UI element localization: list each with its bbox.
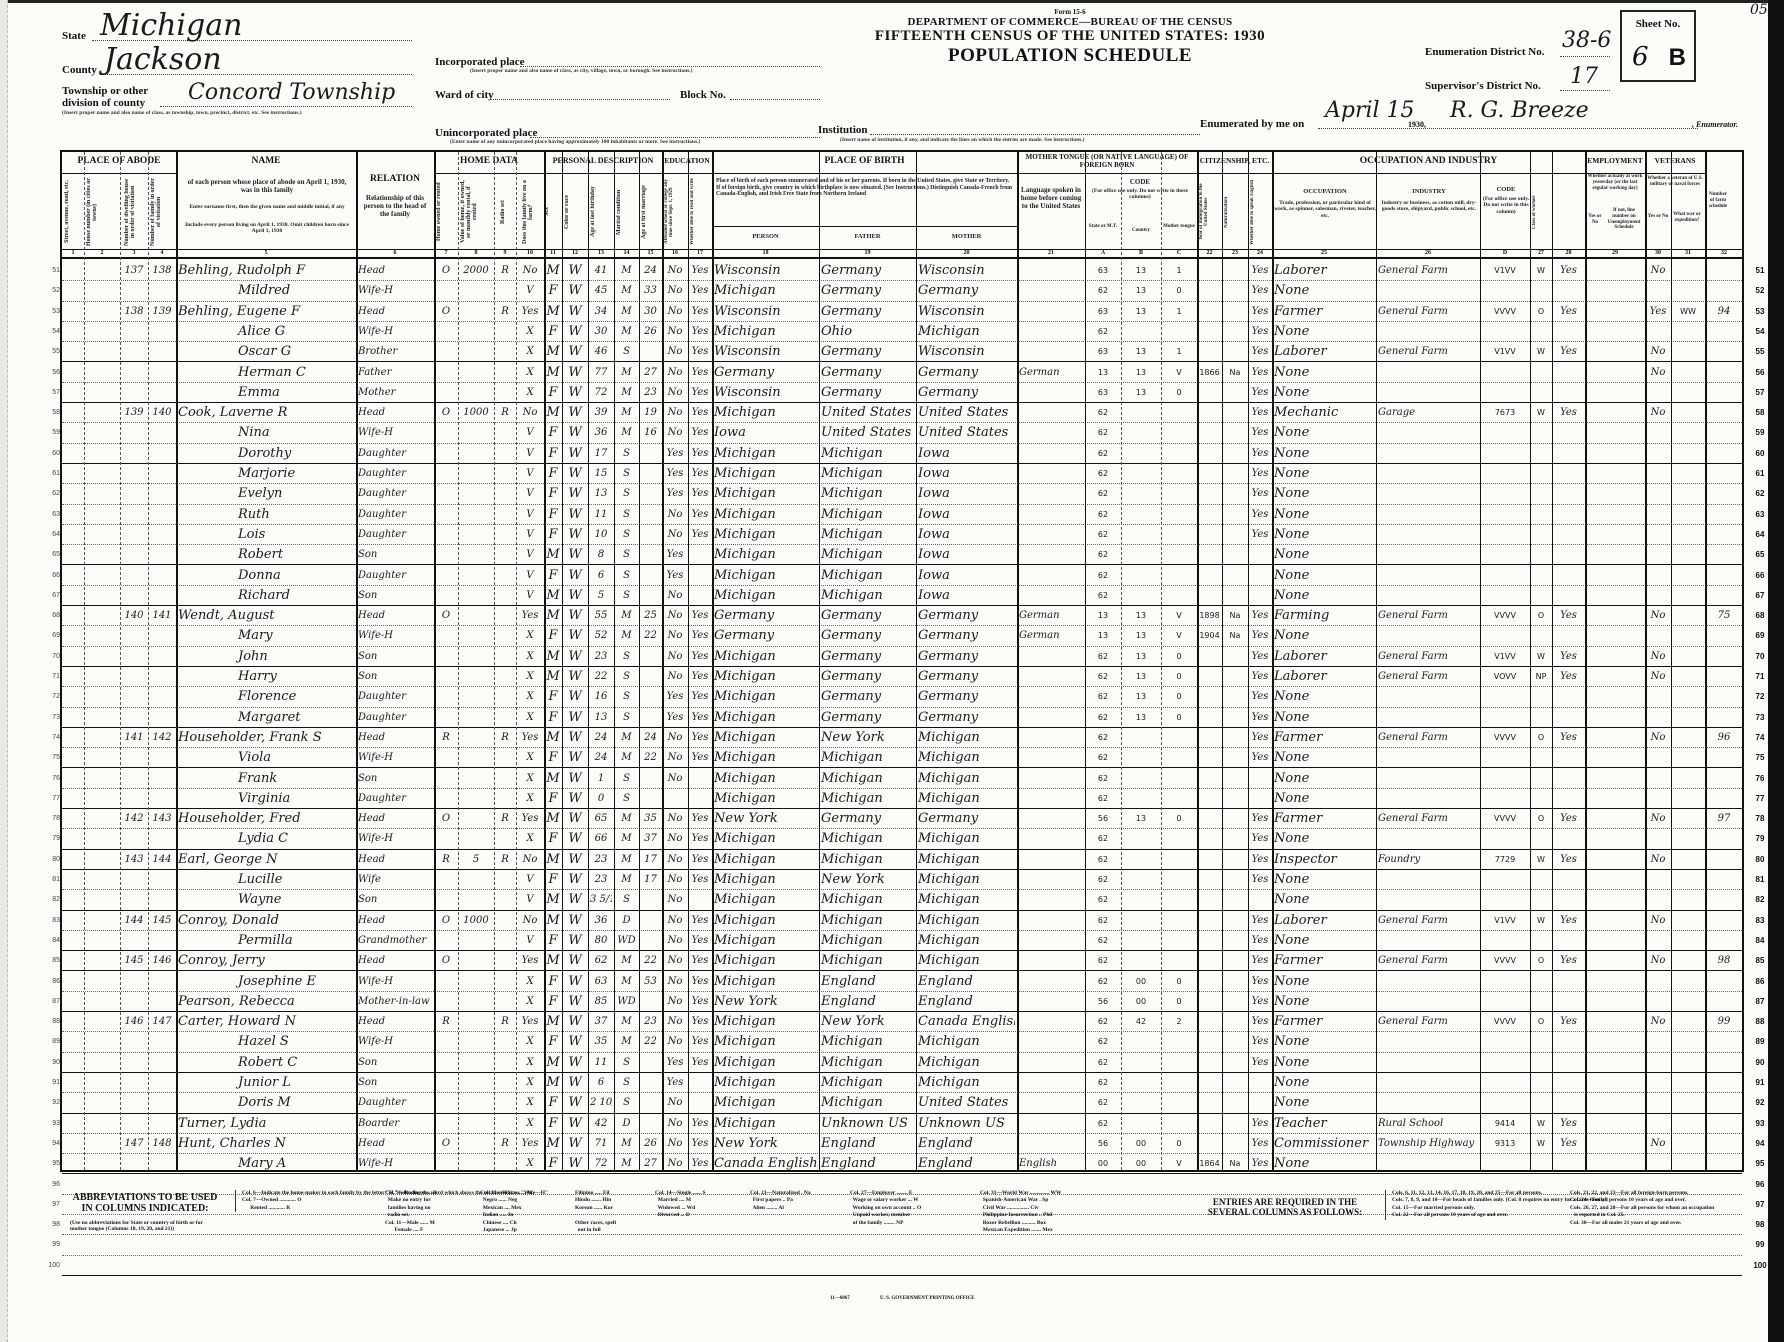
cell-code-c <box>1163 931 1195 950</box>
cell-natur <box>1224 1093 1246 1112</box>
cell-at-work: Yes <box>1554 1114 1583 1133</box>
cell-unemp-line <box>1587 728 1643 747</box>
cell-name: Viola <box>178 748 354 767</box>
cell-unemp-line <box>1587 850 1643 869</box>
cell-color: W <box>564 829 586 848</box>
relation-description: Relationship of this person to the head … <box>359 194 431 218</box>
cell-ind-code: V1VV <box>1482 911 1528 930</box>
table-row: NinaWife-HVFW36M16NoYesIowaUnited States… <box>62 423 1742 443</box>
cell-natur <box>1224 464 1246 483</box>
cell-immig <box>1199 748 1220 767</box>
cell-code-c <box>1163 464 1195 483</box>
cell-mother: Germany <box>918 383 1015 402</box>
cell-mother: Iowa <box>918 484 1015 503</box>
cell-ind-code <box>1482 566 1528 585</box>
cell-value <box>460 972 492 991</box>
cell-owned <box>436 708 456 727</box>
cell-relation: Head <box>358 606 432 625</box>
cell-code-c <box>1163 403 1195 422</box>
cell-house <box>86 728 118 747</box>
cell-age-marriage: 22 <box>641 748 660 767</box>
cell-natur <box>1224 545 1246 564</box>
cell-industry: General Farm <box>1378 809 1478 828</box>
line-number-left: 82 <box>44 890 60 910</box>
cell-name: Behling, Rudolph F <box>178 261 354 280</box>
cell-name: Robert C <box>178 1053 354 1072</box>
cell-name: Hazel S <box>178 1032 354 1051</box>
cell-unemp-line <box>1587 525 1643 544</box>
cell-at-work: Yes <box>1554 606 1583 625</box>
cell-at-work <box>1554 545 1583 564</box>
cell-mother: Iowa <box>918 545 1015 564</box>
cell-birth: Michigan <box>714 748 817 767</box>
cell-farm: X <box>518 1032 542 1051</box>
unincorporated-label: Unincorporated place <box>435 127 537 139</box>
cell-name: Josephine E <box>178 972 354 991</box>
cell-ind-code <box>1482 687 1528 706</box>
cell-mother: Michigan <box>918 789 1015 808</box>
cell-relation: Wife-H <box>358 972 432 991</box>
cell-farm-sched <box>1707 261 1741 280</box>
cell-mother: Iowa <box>918 464 1015 483</box>
cell-at-work: Yes <box>1554 302 1583 321</box>
line-number-left: 52 <box>44 281 60 301</box>
printer: U. S. GOVERNMENT PRINTING OFFICE <box>880 1296 975 1301</box>
table-row: 147148Hunt, Charles NHeadORYesMW71M26NoY… <box>62 1134 1742 1154</box>
table-row: PermillaGrandmotherVFW80WDNoYesMichiganM… <box>62 931 1742 951</box>
table-row: HarrySonXMW22SNoYesMichiganGermanyGerman… <box>62 667 1742 687</box>
cell-marital: S <box>616 1053 637 1072</box>
cell-father: Germany <box>821 708 914 727</box>
cell-english: Yes <box>1250 1134 1270 1153</box>
cell-ind-code <box>1482 484 1528 503</box>
cell-class <box>1532 566 1550 585</box>
cell-school: No <box>664 850 686 869</box>
cell-immig <box>1199 403 1220 422</box>
cell-relation: Father <box>358 363 432 382</box>
cell-english: Yes <box>1250 951 1270 970</box>
cell-relation: Son <box>358 586 432 605</box>
cell-code-a: 62 <box>1087 748 1119 767</box>
cell-farm: Yes <box>518 1134 542 1153</box>
cell-house <box>86 850 118 869</box>
cell-language <box>1019 769 1083 788</box>
cell-age: 41 <box>590 261 612 280</box>
cell-english: Yes <box>1250 1053 1270 1072</box>
column-divider <box>639 152 640 1170</box>
cell-name: Hunt, Charles N <box>178 1134 354 1153</box>
cell-code-b <box>1123 1053 1159 1072</box>
cell-name: Lois <box>178 525 354 544</box>
cell-age: 17 <box>590 444 612 463</box>
cell-class <box>1532 423 1550 442</box>
cell-color: W <box>564 1114 586 1133</box>
cell-owned <box>436 342 456 361</box>
cell-sex: F <box>546 626 560 645</box>
cell-value <box>460 1032 492 1051</box>
cell-at-work <box>1554 992 1583 1011</box>
cell-sex: M <box>546 606 560 625</box>
cell-value <box>460 931 492 950</box>
cell-at-work <box>1554 464 1583 483</box>
cell-color: W <box>564 383 586 402</box>
cell-birth: New York <box>714 992 817 1011</box>
line-number-left: 93 <box>44 1114 60 1134</box>
cell-father: Germany <box>821 606 914 625</box>
cell-marital: M <box>616 261 637 280</box>
cell-ind-code <box>1482 931 1528 950</box>
cell-dwelling <box>122 829 146 848</box>
cell-age-marriage <box>641 647 660 666</box>
cell-age: 13 <box>590 708 612 727</box>
cell-value <box>460 606 492 625</box>
cell-family <box>150 444 174 463</box>
vh-farm: Does this family live on a farm? <box>522 178 542 246</box>
cell-farm: No <box>518 850 542 869</box>
cell-school: No <box>664 1012 686 1031</box>
cell-house <box>86 809 118 828</box>
cell-class <box>1532 444 1550 463</box>
cell-occupation: None <box>1274 687 1374 706</box>
cell-house <box>86 829 118 848</box>
cell-occupation: Mechanic <box>1274 403 1374 422</box>
cell-occupation: None <box>1274 626 1374 645</box>
line-number-left: 54 <box>44 322 60 342</box>
cell-value <box>460 687 492 706</box>
cell-ind-code <box>1482 748 1528 767</box>
cell-read: Yes <box>690 606 710 625</box>
column-divider <box>588 152 589 1170</box>
cell-english <box>1250 769 1270 788</box>
cell-unemp-line <box>1587 687 1643 706</box>
cell-immig <box>1199 281 1220 300</box>
cell-age: 62 <box>590 951 612 970</box>
cell-age: 42 <box>590 1114 612 1133</box>
cell-marital: M <box>616 322 637 341</box>
cell-father: United States <box>821 403 914 422</box>
cell-birth: Wisconsin <box>714 302 817 321</box>
column-number: 26 <box>1376 250 1480 256</box>
cell-language <box>1019 972 1083 991</box>
cell-dwelling <box>122 1093 146 1112</box>
cell-age-marriage <box>641 444 660 463</box>
enumerated-date: April 15 <box>1325 98 1415 123</box>
cell-street <box>64 1012 82 1031</box>
cell-color: W <box>564 1093 586 1112</box>
cell-natur <box>1224 789 1246 808</box>
cell-family <box>150 586 174 605</box>
cell-dwelling: 147 <box>122 1134 146 1153</box>
column-divider <box>148 152 149 1170</box>
cell-unemp-line <box>1587 444 1643 463</box>
cell-farm: X <box>518 829 542 848</box>
cell-read: Yes <box>690 525 710 544</box>
cell-birth: Michigan <box>714 728 817 747</box>
cell-family <box>150 992 174 1011</box>
cell-marital: M <box>616 809 637 828</box>
cell-age: 52 <box>590 626 612 645</box>
cell-unemp-line <box>1587 403 1643 422</box>
line-number-left: 91 <box>44 1073 60 1093</box>
cell-ind-code <box>1482 586 1528 605</box>
cell-language <box>1019 383 1083 402</box>
cell-veteran <box>1647 505 1669 524</box>
cell-english: Yes <box>1250 363 1270 382</box>
incorporated-note: (Insert proper name and also name of cla… <box>470 68 693 74</box>
cell-ind-code: VVVV <box>1482 606 1528 625</box>
cell-age: 1 <box>590 769 612 788</box>
vh-value: Value of home, if owned, or monthly rent… <box>460 178 490 246</box>
cell-street <box>64 302 82 321</box>
cell-occupation: None <box>1274 972 1374 991</box>
column-number: C <box>1161 250 1197 256</box>
cell-age-marriage: 37 <box>641 829 660 848</box>
table-row: Hazel SWife-HXFW35M22NoYesMichiganMichig… <box>62 1032 1742 1052</box>
cell-class <box>1532 789 1550 808</box>
cell-code-c <box>1163 586 1195 605</box>
cell-war <box>1673 403 1703 422</box>
cell-street <box>64 1114 82 1133</box>
cell-family <box>150 1073 174 1092</box>
cell-natur <box>1224 586 1246 605</box>
cell-farm: V <box>518 464 542 483</box>
cell-industry <box>1378 829 1478 848</box>
line-number-left: 71 <box>44 667 60 687</box>
cell-mother: England <box>918 992 1015 1011</box>
cell-relation: Daughter <box>358 525 432 544</box>
cell-code-b: 13 <box>1123 667 1159 686</box>
cell-house <box>86 789 118 808</box>
cell-father: New York <box>821 870 914 889</box>
cell-class <box>1532 1073 1550 1092</box>
cell-language <box>1019 667 1083 686</box>
cell-owned <box>436 687 456 706</box>
cell-language <box>1019 687 1083 706</box>
cell-code-b: 42 <box>1123 1012 1159 1031</box>
column-divider <box>1376 152 1377 1170</box>
table-row: DonnaDaughterVFW6SYesMichiganMichiganIow… <box>62 566 1742 586</box>
cell-veteran: No <box>1647 809 1669 828</box>
cell-street <box>64 992 82 1011</box>
cell-street <box>64 728 82 747</box>
cell-radio <box>496 992 514 1011</box>
cell-relation: Daughter <box>358 444 432 463</box>
cell-birth: Michigan <box>714 566 817 585</box>
cell-ind-code <box>1482 423 1528 442</box>
cell-farm-sched <box>1707 626 1741 645</box>
cell-class <box>1532 890 1550 909</box>
cell-read: Yes <box>690 870 710 889</box>
incorporated-label: Incorporated place <box>435 56 525 68</box>
cell-at-work <box>1554 423 1583 442</box>
cell-unemp-line <box>1587 789 1643 808</box>
cell-name: Herman C <box>178 363 354 382</box>
line-number: 54 <box>1748 322 1772 342</box>
cell-owned <box>436 525 456 544</box>
cell-color: W <box>564 1154 586 1173</box>
line-number-left: 56 <box>44 363 60 383</box>
cell-value <box>460 890 492 909</box>
cell-code-b: 13 <box>1123 606 1159 625</box>
cell-farm-sched <box>1707 931 1741 950</box>
cell-color: W <box>564 403 586 422</box>
cell-name: Evelyn <box>178 484 354 503</box>
column-divider <box>1222 152 1223 1170</box>
cell-war <box>1673 931 1703 950</box>
cell-name: Conroy, Jerry <box>178 951 354 970</box>
cell-radio <box>496 464 514 483</box>
cell-read: Yes <box>690 1032 710 1051</box>
cell-english: Yes <box>1250 342 1270 361</box>
column-divider <box>516 152 517 1170</box>
township-label: Township or other division of county <box>62 86 162 109</box>
cell-family <box>150 423 174 442</box>
cell-house <box>86 484 118 503</box>
cell-farm-sched: 98 <box>1707 951 1741 970</box>
line-number: 64 <box>1748 525 1772 545</box>
cell-code-a: 62 <box>1087 931 1119 950</box>
cell-owned: O <box>436 261 456 280</box>
cell-owned <box>436 1073 456 1092</box>
column-divider <box>1121 152 1122 1170</box>
cell-owned: R <box>436 728 456 747</box>
cell-birth: Michigan <box>714 403 817 422</box>
cell-immig <box>1199 870 1220 889</box>
cell-dwelling <box>122 586 146 605</box>
cell-age: 3 5/12 <box>590 890 612 909</box>
cell-farm: V <box>518 931 542 950</box>
cell-family: 138 <box>150 261 174 280</box>
cell-occupation: Inspector <box>1274 850 1374 869</box>
cell-industry <box>1378 505 1478 524</box>
cell-code-b: 13 <box>1123 626 1159 645</box>
cell-birth: Michigan <box>714 525 817 544</box>
cell-marital: M <box>616 383 637 402</box>
cell-occupation: Farmer <box>1274 1012 1374 1031</box>
cell-unemp-line <box>1587 708 1643 727</box>
cell-industry <box>1378 484 1478 503</box>
cell-war <box>1673 890 1703 909</box>
cell-owned <box>436 769 456 788</box>
cell-mother: Michigan <box>918 748 1015 767</box>
cell-code-a: 62 <box>1087 829 1119 848</box>
cell-natur <box>1224 444 1246 463</box>
cell-unemp-line <box>1587 464 1643 483</box>
cell-owned: O <box>436 606 456 625</box>
cell-sex: M <box>546 667 560 686</box>
cell-school: Yes <box>664 1073 686 1092</box>
cell-farm-sched <box>1707 464 1741 483</box>
cell-dwelling <box>122 525 146 544</box>
cell-industry: Rural School <box>1378 1114 1478 1133</box>
cell-age: 6 <box>590 1073 612 1092</box>
cell-owned <box>436 566 456 585</box>
cell-immig <box>1199 505 1220 524</box>
column-number-row: 123456789101112131415161718192021ABC2223… <box>62 249 1742 259</box>
cell-age-marriage <box>641 1114 660 1133</box>
cell-code-c <box>1163 911 1195 930</box>
cell-read: Yes <box>690 261 710 280</box>
cell-relation: Wife-H <box>358 748 432 767</box>
table-row: Lydia CWife-HXFW66M37NoYesMichiganMichig… <box>62 829 1742 849</box>
cell-code-a: 62 <box>1087 525 1119 544</box>
cell-owned <box>436 992 456 1011</box>
cell-family <box>150 789 174 808</box>
cell-natur <box>1224 728 1246 747</box>
cell-sex: F <box>546 1114 560 1133</box>
cell-farm: X <box>518 363 542 382</box>
cell-school: No <box>664 1093 686 1112</box>
cell-value <box>460 789 492 808</box>
cell-english: Yes <box>1250 931 1270 950</box>
cell-house <box>86 1154 118 1173</box>
cell-occupation: None <box>1274 281 1374 300</box>
column-divider <box>819 152 820 1170</box>
line-number: 57 <box>1748 383 1772 403</box>
cell-color: W <box>564 769 586 788</box>
cell-father: Germany <box>821 302 914 321</box>
cell-natur <box>1224 403 1246 422</box>
cell-value <box>460 809 492 828</box>
cell-language <box>1019 829 1083 848</box>
cell-industry: General Farm <box>1378 667 1478 686</box>
cell-occupation: None <box>1274 931 1374 950</box>
cell-immig <box>1199 484 1220 503</box>
line-number: 95 <box>1748 1154 1772 1174</box>
cell-street <box>64 363 82 382</box>
cell-code-b: 13 <box>1123 383 1159 402</box>
cell-class <box>1532 545 1550 564</box>
cell-sex: M <box>546 363 560 382</box>
cell-color: W <box>564 566 586 585</box>
cell-sex: M <box>546 850 560 869</box>
cell-at-work: Yes <box>1554 403 1583 422</box>
cell-code-b: 13 <box>1123 647 1159 666</box>
cell-name: Turner, Lydia <box>178 1114 354 1133</box>
cell-relation: Wife-H <box>358 829 432 848</box>
cell-sex: F <box>546 505 560 524</box>
cell-ind-code <box>1482 626 1528 645</box>
column-number: 29 <box>1585 250 1645 256</box>
cell-immig: 1866 <box>1199 363 1220 382</box>
cell-birth: Canada English <box>714 1154 817 1173</box>
cell-ind-code: VVVV <box>1482 728 1528 747</box>
cell-mother: Germany <box>918 606 1015 625</box>
cell-birth: Michigan <box>714 890 817 909</box>
cell-industry: General Farm <box>1378 261 1478 280</box>
census-title: FIFTEENTH CENSUS OF THE UNITED STATES: 1… <box>820 28 1320 45</box>
cell-occupation: None <box>1274 829 1374 848</box>
cell-class <box>1532 931 1550 950</box>
cell-owned: O <box>436 403 456 422</box>
cell-war <box>1673 708 1703 727</box>
cell-class: O <box>1532 606 1550 625</box>
cell-school: No <box>664 931 686 950</box>
cell-marital: M <box>616 728 637 747</box>
cell-ind-code <box>1482 322 1528 341</box>
cell-relation: Wife-H <box>358 423 432 442</box>
cell-house <box>86 769 118 788</box>
cell-code-c: 0 <box>1163 972 1195 991</box>
cell-value <box>460 363 492 382</box>
cell-immig <box>1199 302 1220 321</box>
cell-marital: M <box>616 1154 637 1173</box>
cell-radio <box>496 911 514 930</box>
cell-veteran <box>1647 322 1669 341</box>
cell-farm: V <box>518 484 542 503</box>
cell-read: Yes <box>690 829 710 848</box>
cell-industry <box>1378 748 1478 767</box>
